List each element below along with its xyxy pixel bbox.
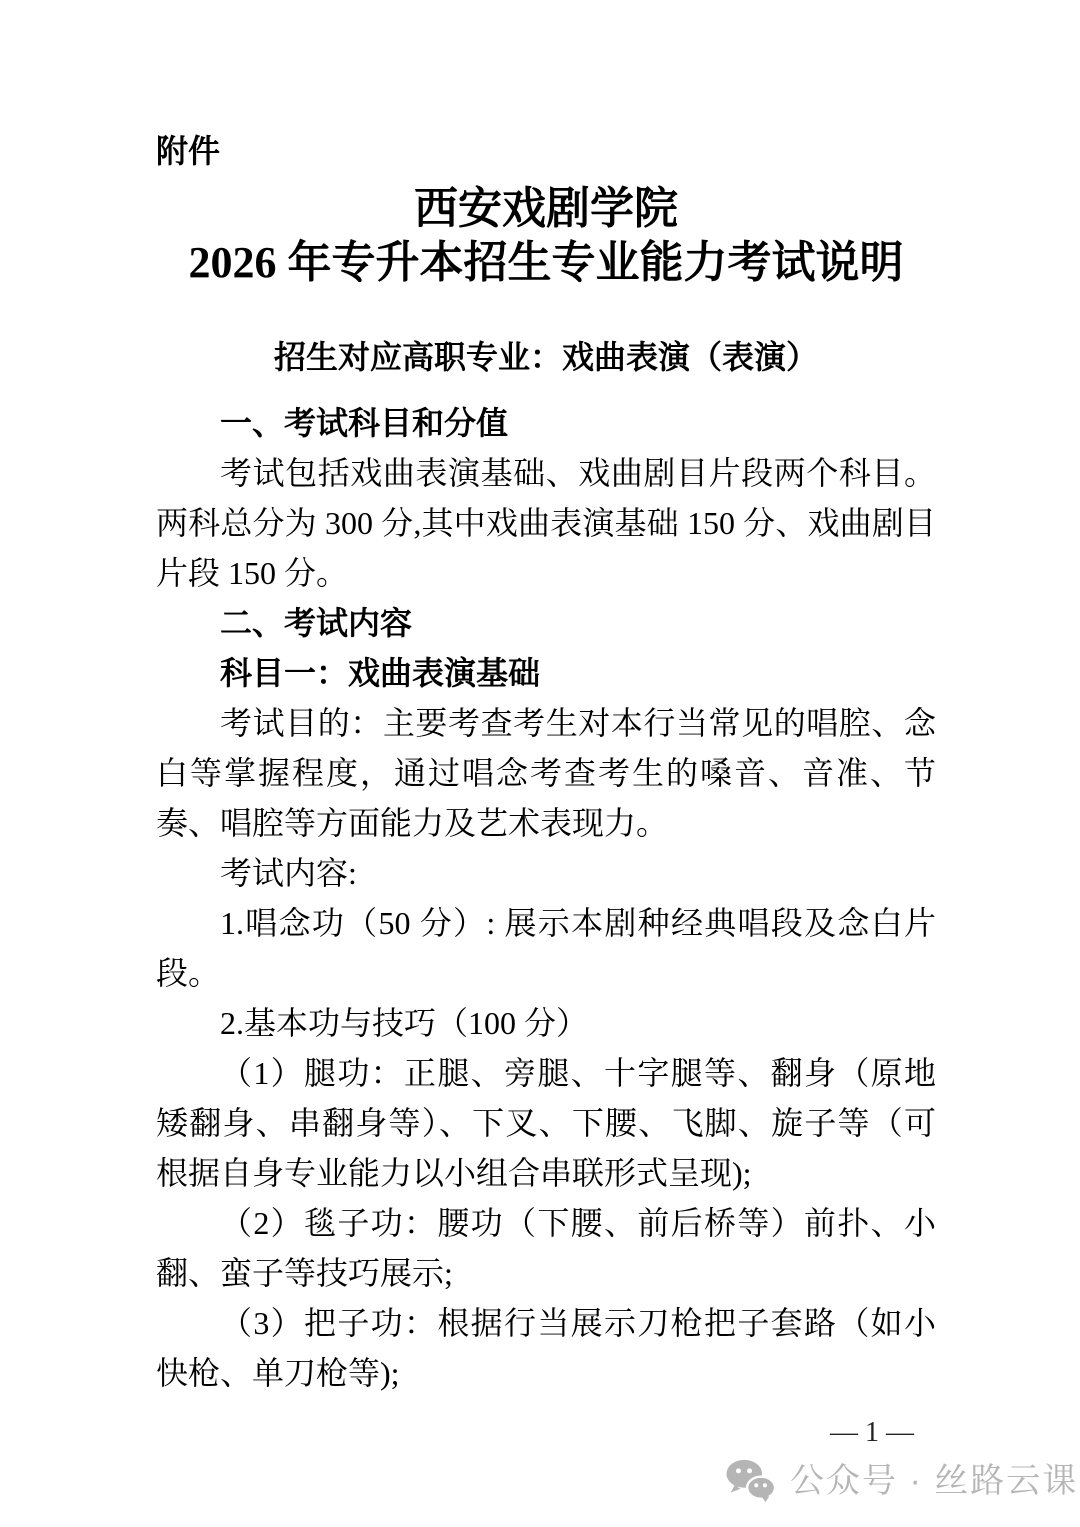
item-singing-recitation: 1.唱念功（50 分）: 展示本剧种经典唱段及念白片段。: [156, 898, 936, 998]
title-line-2: 2026 年专升本招生专业能力考试说明: [156, 236, 936, 290]
attachment-label: 附件: [156, 128, 936, 174]
document-title: 西安戏剧学院 2026 年专升本招生专业能力考试说明: [156, 182, 936, 290]
document-content: 附件 西安戏剧学院 2026 年专升本招生专业能力考试说明 招生对应高职专业：戏…: [156, 128, 936, 1398]
subtitle-major: 招生对应高职专业：戏曲表演（表演）: [156, 332, 936, 382]
section-heading-2: 二、考试内容: [156, 598, 936, 648]
item-basic-skills: 2.基本功与技巧（100 分）: [156, 998, 936, 1048]
watermark: 公众号 · 丝路云课堂: [726, 1458, 1080, 1504]
paragraph-exam-content-label: 考试内容:: [156, 848, 936, 898]
section-heading-1: 一、考试科目和分值: [156, 398, 936, 448]
document-page: 附件 西安戏剧学院 2026 年专升本招生专业能力考试说明 招生对应高职专业：戏…: [0, 0, 1080, 1527]
item-weapon-skills: （3）把子功：根据行当展示刀枪把子套路（如小快枪、单刀枪等);: [156, 1298, 936, 1398]
item-leg-skills: （1）腿功：正腿、旁腿、十字腿等、翻身（原地矮翻身、串翻身等）、下叉、下腰、飞脚…: [156, 1048, 936, 1198]
item-carpet-skills: （2）毯子功：腰功（下腰、前后桥等）前扑、小翻、蛮子等技巧展示;: [156, 1198, 936, 1298]
paragraph-subjects-scores: 考试包括戏曲表演基础、戏曲剧目片段两个科目。两科总分为 300 分,其中戏曲表演…: [156, 448, 936, 598]
title-line-1: 西安戏剧学院: [156, 182, 936, 236]
wechat-icon: [726, 1458, 776, 1504]
page-number: — 1 —: [812, 1416, 932, 1450]
watermark-text: 公众号 · 丝路云课堂: [790, 1458, 1080, 1504]
paragraph-exam-purpose: 考试目的：主要考查考生对本行当常见的唱腔、念白等掌握程度，通过唱念考查考生的嗓音…: [156, 698, 936, 848]
subject-one-heading: 科目一：戏曲表演基础: [156, 648, 936, 698]
